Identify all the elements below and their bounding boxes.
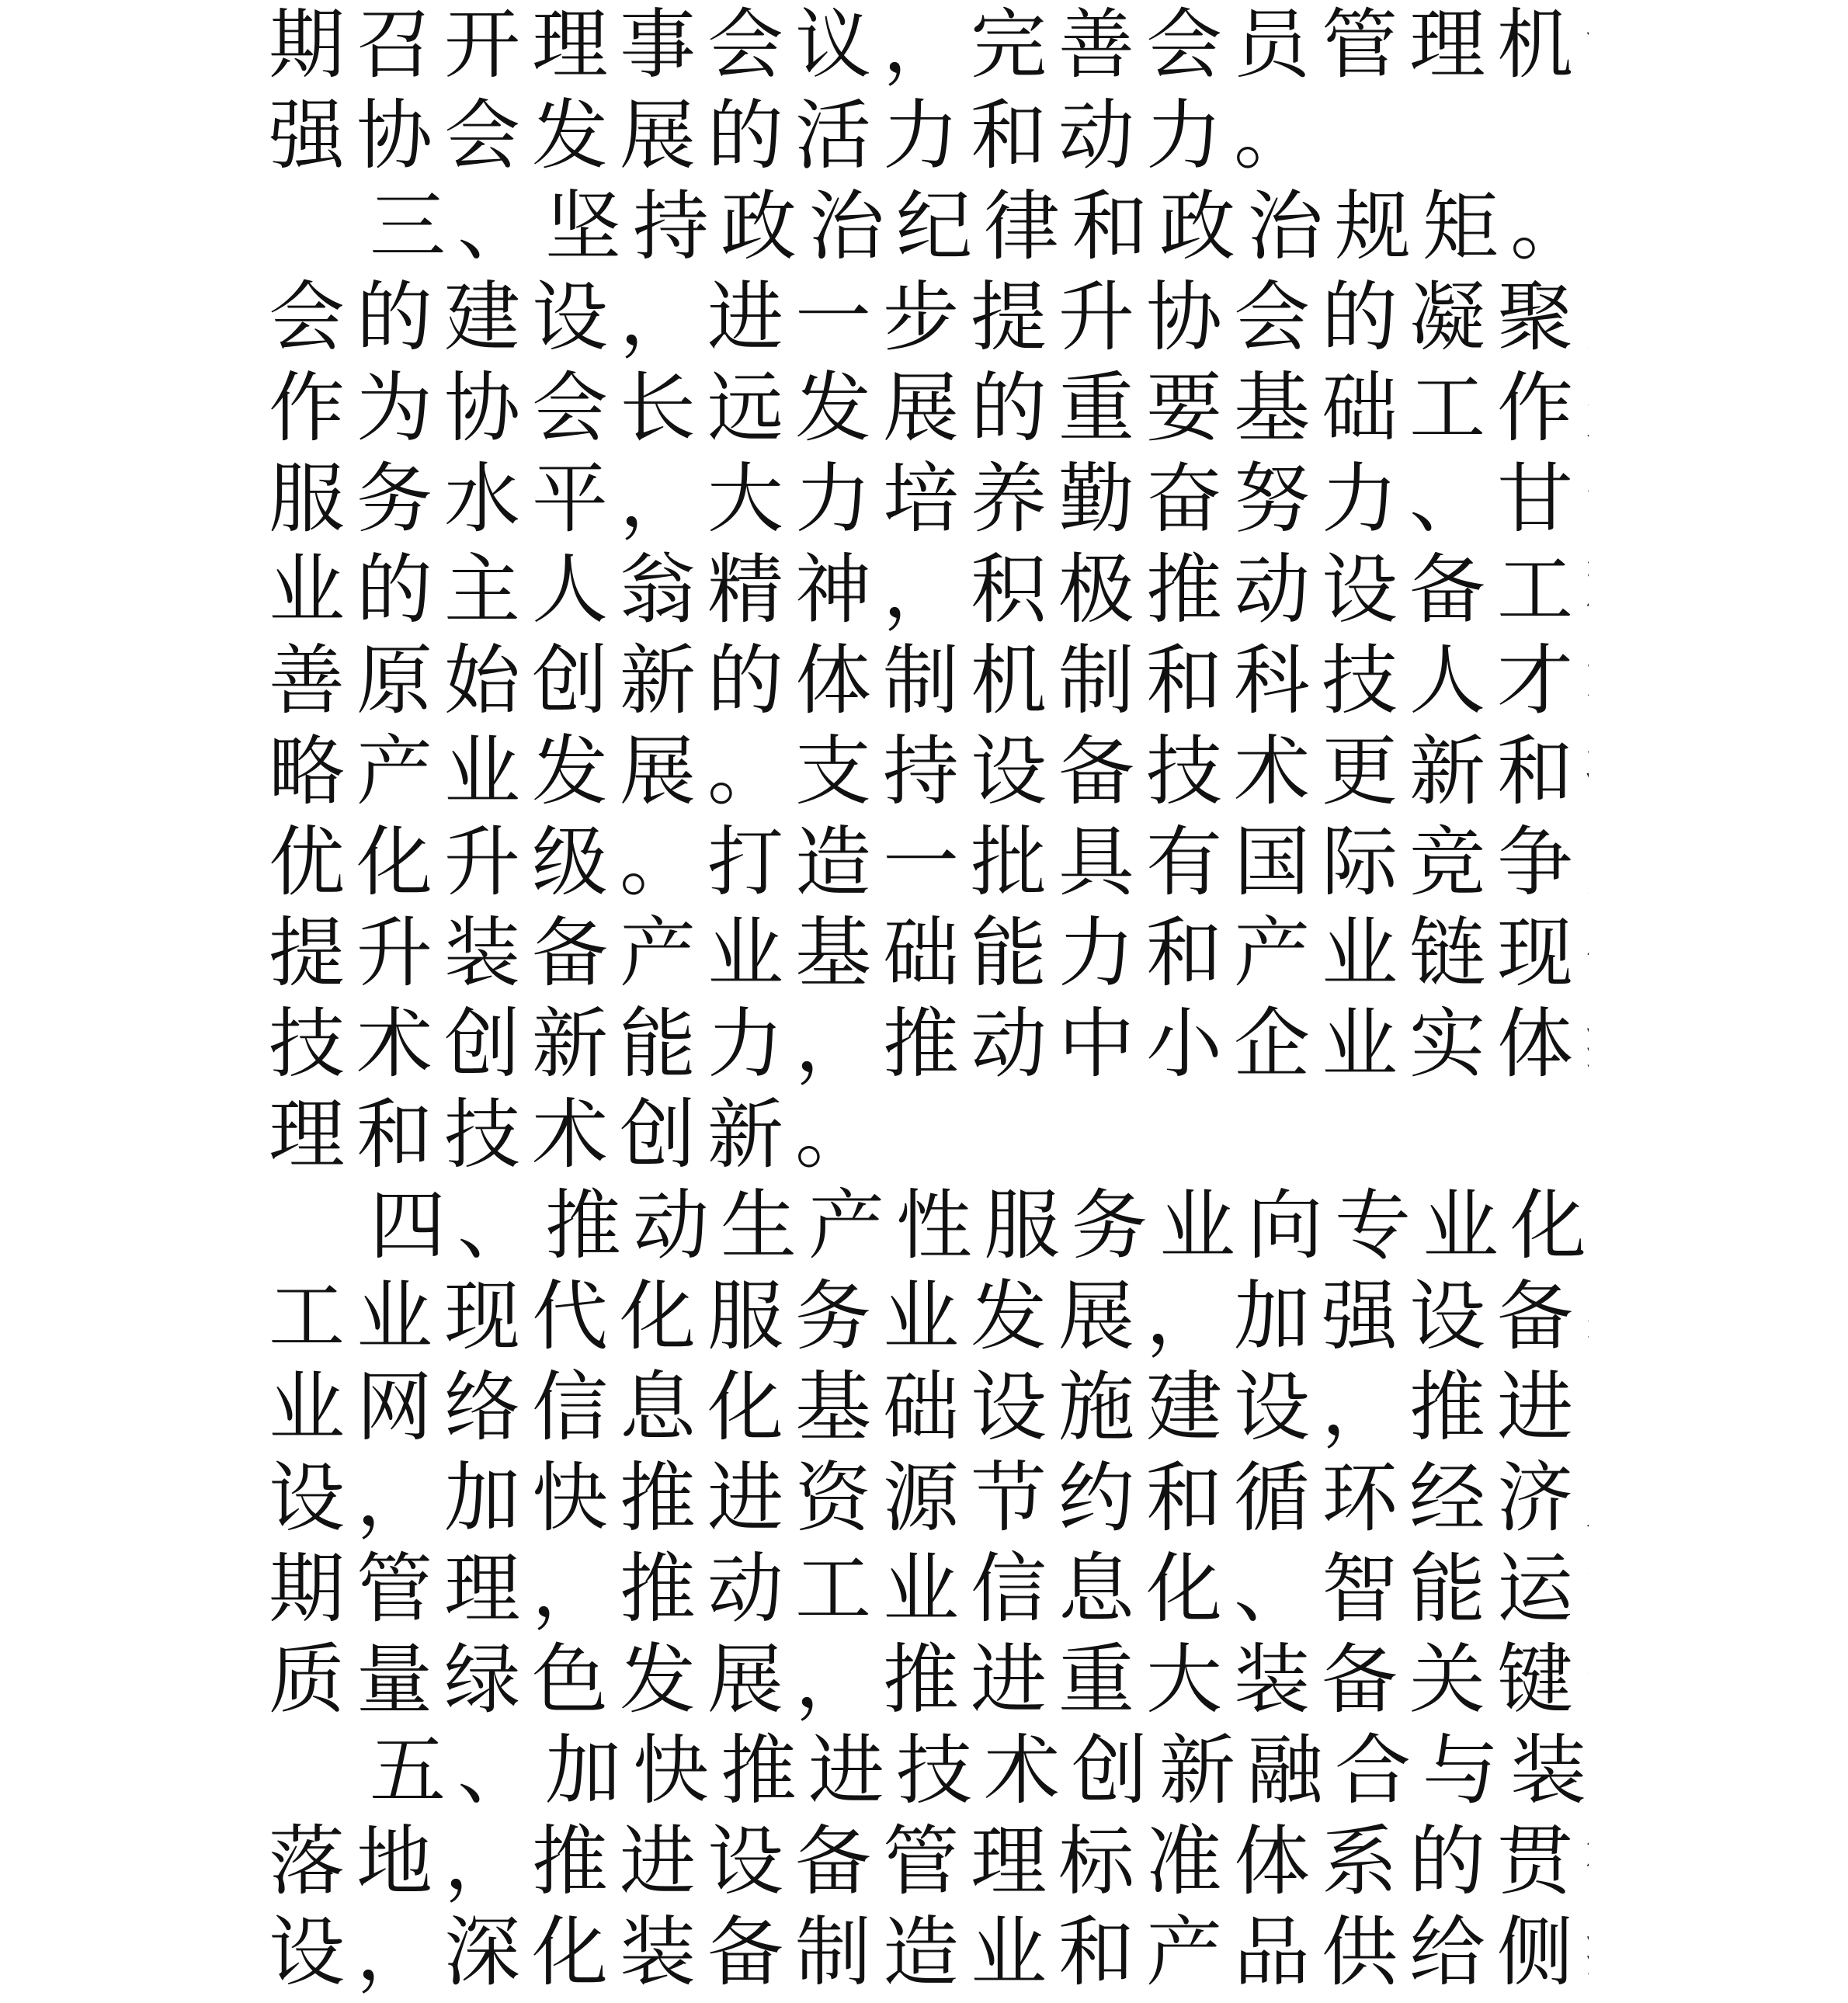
text-line: 善原始创新的体制机制和科技人才培养，支持重大技术装备战 [269, 636, 1589, 727]
text-line: 落地，推进设备管理标准体系的贯彻落实和设备系统工程建 [269, 1817, 1589, 1908]
text-line: 作为协会长远发展的重要基础工作来抓，着力提升业务能力和 [269, 363, 1589, 454]
paragraph-heading-4: 四、推动生产性服务业向专业化和价值链高端延伸，推动 [269, 1181, 1589, 1272]
paragraph-heading-3: 三、坚持政治纪律和政治规矩。全面加强“两委”6个分 [269, 182, 1589, 273]
text-line: 技术创新能力，推动中小企业实体经济在生产运营中的能效管 [269, 999, 1589, 1090]
text-line: 业网络信息化基础设施建设，推进引领通信网络设施安全建 [269, 1363, 1589, 1453]
text-line: 工业现代化服务业发展，加强设备装备基础课题研究，加强工 [269, 1272, 1589, 1363]
text-line: 设，深化装备制造业和产品供给侧结构改革，为推动企业转型 [269, 1908, 1589, 1998]
text-line: 期管理，推动工业信息化、智能运维化管理，推进设备装备高 [269, 1544, 1589, 1635]
text-line: 理和技术创新。 [269, 1090, 1589, 1181]
text-line: 业的主人翁精神，积极推动设备工程技术专家人才库建设，完 [269, 545, 1589, 636]
text-line: 强协会发展的活力和动力。 [269, 91, 1589, 182]
text-line: 期召开理事会议，完善会员管理机制，不断壮大会员队伍，增 [269, 0, 1589, 91]
text-line: 优化升级。打造一批具有国际竞争力的先进制造业示范企业， [269, 818, 1589, 908]
text-line: 设，加快推进资源节约和循环经济发展，提升设备装备寿命周 [269, 1453, 1589, 1544]
text-line: 会的建设，进一步提升协会的凝聚力和战斗力。要把人才培养 [269, 273, 1589, 363]
paragraph-heading-5: 五、加快推进技术创新融合与装备制造业产业深度融合和 [269, 1726, 1589, 1817]
text-line: 质量绿色发展，推进重大装备关键部件再制造。 [269, 1635, 1589, 1726]
text-line: 提升装备产业基础能力和产业链现代化水平，加快提升制造业 [269, 908, 1589, 999]
text-line: 略产业发展。支持设备技术更新和技改投入，推进传统制造业 [269, 727, 1589, 818]
text-line: 服务水平，大力培养勤奋努力、甘于奉献、勇挑重担、建功立 [269, 454, 1589, 545]
